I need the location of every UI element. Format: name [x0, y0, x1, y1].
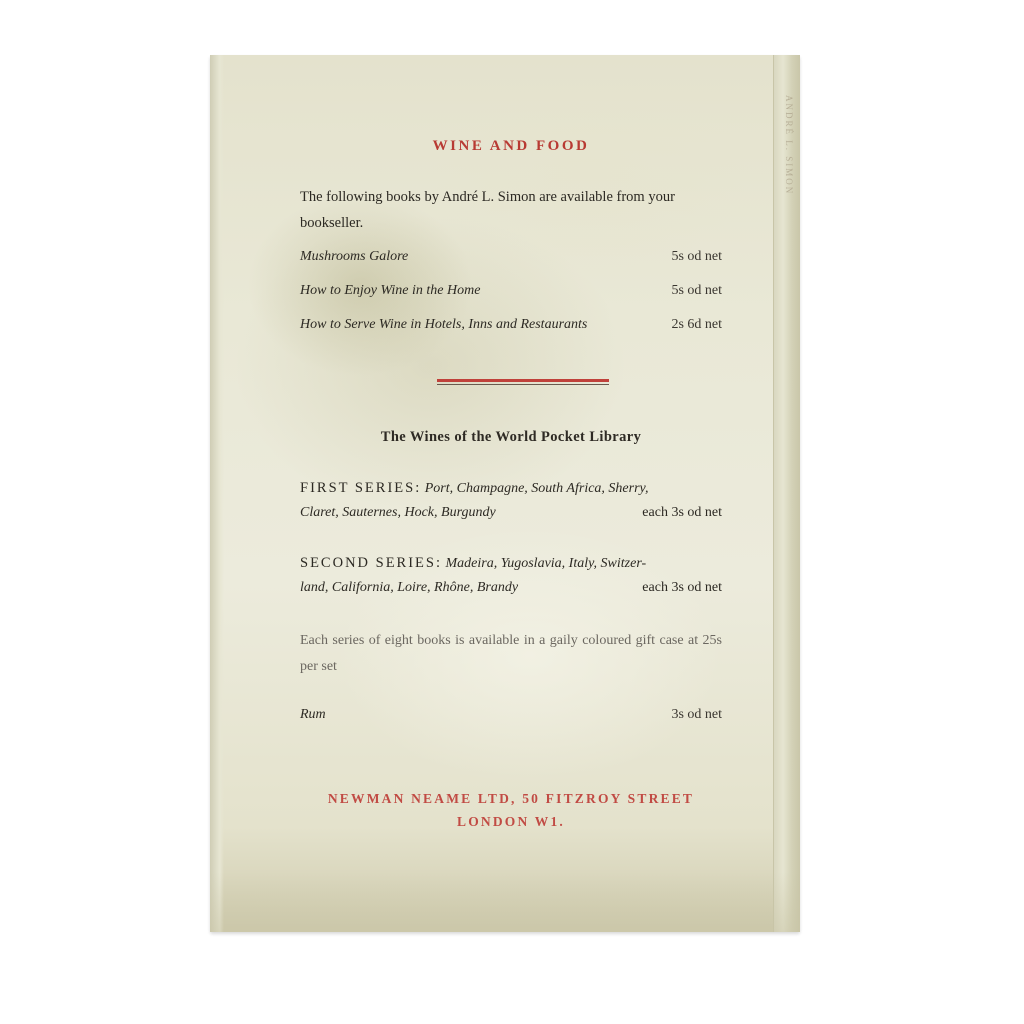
book-price: 3s od net	[671, 707, 722, 723]
series-label: SECOND SERIES:	[300, 555, 442, 571]
cover-wear-shading	[210, 872, 800, 932]
decorative-divider	[437, 379, 609, 385]
series-first: FIRST SERIES: Port, Champagne, South Afr…	[300, 476, 722, 525]
book-back-cover: ANDRÉ L. SIMON WINE AND FOOD The followi…	[210, 55, 800, 932]
book-price: 5s od net	[671, 249, 722, 265]
series-price: each 3s od net	[642, 576, 722, 600]
section-title-wine-and-food: WINE AND FOOD	[300, 138, 722, 155]
publisher-address-line1: NEWMAN NEAME LTD, 50 FITZROY STREET	[300, 791, 722, 807]
book-title: Rum	[300, 707, 326, 723]
series-label: FIRST SERIES:	[300, 480, 421, 496]
book-title: How to Serve Wine in Hotels, Inns and Re…	[300, 317, 587, 333]
book-list-item: How to Enjoy Wine in the Home 5s od net	[300, 283, 722, 299]
book-title: How to Enjoy Wine in the Home	[300, 283, 480, 299]
book-spine: ANDRÉ L. SIMON	[773, 55, 800, 932]
book-title: Mushrooms Galore	[300, 249, 408, 265]
section-title-pocket-library: The Wines of the World Pocket Library	[300, 429, 722, 446]
series-books-line2: land, California, Loire, Rhône, Brandy	[300, 576, 518, 600]
series-books-line1: Madeira, Yugoslavia, Italy, Switzer-	[446, 556, 647, 571]
intro-paragraph: The following books by André L. Simon ar…	[300, 184, 722, 236]
book-list-item-rum: Rum 3s od net	[300, 707, 722, 723]
series-books-line2: Claret, Sauternes, Hock, Burgundy	[300, 501, 496, 525]
book-price: 5s od net	[671, 283, 722, 299]
series-books-line1: Port, Champagne, South Africa, Sherry,	[425, 481, 649, 496]
gift-case-note: Each series of eight books is available …	[300, 628, 722, 680]
spine-title: ANDRÉ L. SIMON	[784, 95, 794, 195]
book-price: 2s 6d net	[671, 317, 722, 333]
series-price: each 3s od net	[642, 501, 722, 525]
book-list-item: Mushrooms Galore 5s od net	[300, 249, 722, 265]
book-list-item: How to Serve Wine in Hotels, Inns and Re…	[300, 317, 722, 333]
series-second: SECOND SERIES: Madeira, Yugoslavia, Ital…	[300, 551, 722, 600]
publisher-address-line2: LONDON W1.	[300, 814, 722, 830]
